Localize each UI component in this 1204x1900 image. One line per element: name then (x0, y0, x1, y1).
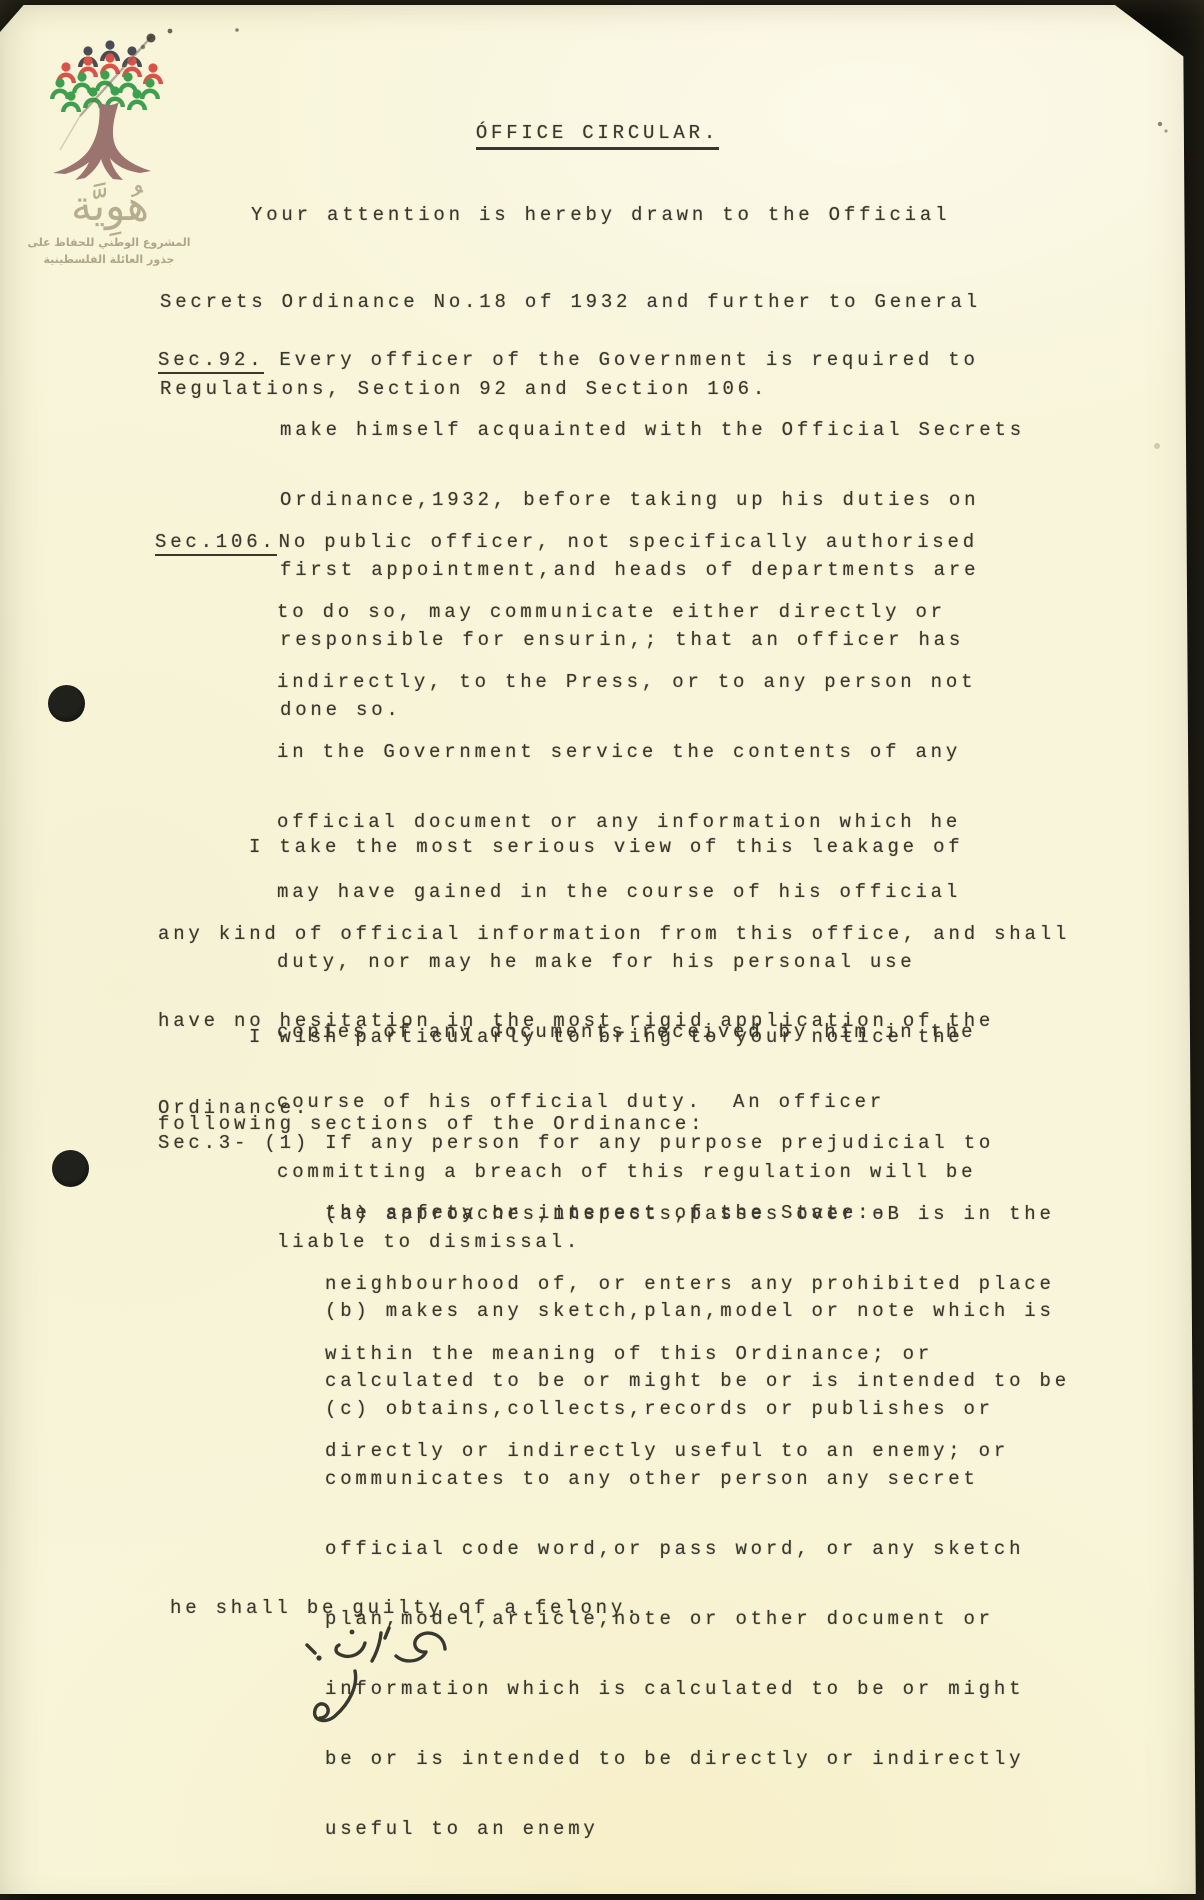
intro-line: Your attention is hereby drawn to the Of… (160, 194, 981, 237)
logo-wordmark-arabic: هُوِيَّة (45, 176, 175, 236)
para-line: any kind of official information from th… (158, 913, 1070, 956)
doc-title: ÓFFICE CIRCULAR. (476, 122, 719, 150)
sec106-line: No public officer, not specifically auth… (279, 531, 978, 553)
office-circular-page: هُوِيَّة المشروع الوطني للحفاظ على جذور … (0, 0, 1204, 1900)
handwritten-signature-icon (295, 1625, 455, 1740)
sub-line: be or is intended to be directly or indi… (325, 1746, 1024, 1772)
page-corner-notch-top-left (0, 0, 28, 32)
page-edge-right (1180, 0, 1204, 1900)
page-edge-top (0, 0, 1204, 5)
sub-line: useful to an enemy (325, 1816, 1024, 1842)
sec92-line: make himself acquainted with the Officia… (158, 417, 1025, 443)
sub-line: (c) obtains,collects,records or publishe… (325, 1396, 1024, 1422)
hole-punch-top (48, 685, 85, 722)
sub-line: (b) makes any sketch,plan,model or note … (325, 1298, 1070, 1324)
sub-line: (a) approaches,inspects,passes over oB i… (325, 1201, 1055, 1227)
sec106-line: in the Government service the contents o… (155, 739, 978, 765)
sec92-line: Every officer of the Government is requi… (279, 349, 978, 371)
sec106-label: Sec.106. (155, 531, 277, 556)
sec3-line: Sec.3- (1) If any person for any purpose… (158, 1130, 994, 1156)
closing-text: he shall be guilty of a felony. (170, 1595, 641, 1621)
page-edge-bottom (0, 1894, 1204, 1900)
para-line: I wish particularly to bring to your not… (158, 1016, 964, 1059)
sec92-label: Sec.92. (158, 349, 264, 374)
para-line: I take the most serious view of this lea… (158, 826, 1070, 869)
sec106-line: to do so, may communicate either directl… (155, 599, 978, 625)
sub-line: communicates to any other person any sec… (325, 1466, 1024, 1492)
hole-punch-bottom (52, 1150, 89, 1187)
sec106-line: indirectly, to the Press, or to any pers… (155, 669, 978, 695)
